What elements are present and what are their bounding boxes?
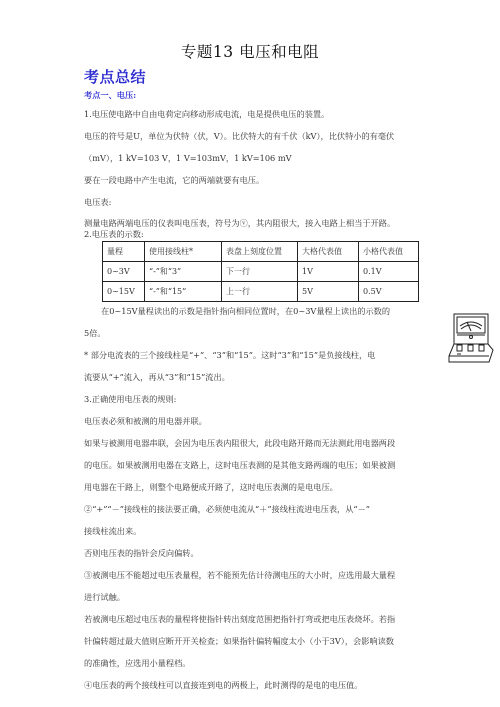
paragraph-line: 针偏转超过最大值则应断开开关检查；如果指针偏转幅度太小（小于3V），会影响读数	[84, 636, 394, 646]
paragraph-line: （mV），1 kV=103 V，1 V=103mV，1 kV=106 mV	[84, 153, 292, 163]
paragraph-line: 测量电路两端电压的仪表叫电压表，符号为ⓥ，其内阻很大，接入电路上相当于开路。	[84, 218, 395, 228]
table-cell: “-”和“15”	[145, 282, 222, 302]
table-cell: 上一行	[222, 282, 298, 302]
paragraph-line: 3.正确使用电压表的规则:	[84, 394, 176, 404]
paragraph-line: 5倍。	[84, 328, 106, 338]
paragraph-line: 用电器在干路上，则整个电路便成开路了，这时电压表测的是电电压。	[84, 482, 338, 492]
table-row: 0~15V “-”和“15” 上一行 5V 0.5V	[103, 282, 419, 302]
table-row: 0~3V “-”和“3” 下一行 1V 0.1V	[103, 262, 419, 282]
paragraph-line: 接线柱流出来。	[84, 526, 141, 536]
paragraph-line: 1.电压使电路中自由电荷定向移动形成电流，电是提供电压的装置。	[84, 109, 329, 119]
paragraph-line: 流要从“+”流入，再从“3”和“15”流出。	[84, 372, 230, 382]
table-cell: 0.5V	[359, 282, 419, 302]
table-cell: 0~3V	[103, 262, 145, 282]
table-cell: 1V	[298, 262, 359, 282]
paragraph-line: ②“+”“－”接线柱的接法要正确，必须使电流从“＋”接线柱流进电压表，从“－”	[84, 504, 370, 514]
sub-heading: 考点一、电压:	[84, 90, 136, 101]
table-header-cell: 量程	[103, 242, 145, 262]
table-header-cell: 表盘上刻度位置	[222, 242, 298, 262]
paragraph-line: * 部分电流表的三个接线柱是“+”、“3”和“15”。这时“3”和“15”是负接…	[84, 350, 375, 360]
table-header-row: 量程 使用接线柱* 表盘上刻度位置 大格代表值 小格代表值	[103, 242, 419, 262]
section-heading: 考点总结	[84, 66, 146, 87]
table-cell: 0.1V	[359, 262, 419, 282]
paragraph-line: 在0~15V量程读出的示数是指针指向相同位置时，在0~3V量程上读出的示数的	[101, 306, 390, 316]
paragraph-line: 进行试触。	[84, 592, 125, 602]
paragraph-line: 的电压。如果被测用电器在支路上，这时电压表测的是其他支路两端的电压；如果被测	[84, 460, 395, 470]
table-header-cell: 小格代表值	[359, 242, 419, 262]
voltmeter-icon	[448, 312, 494, 364]
table-cell: 5V	[298, 282, 359, 302]
table-header-cell: 大格代表值	[298, 242, 359, 262]
page-title: 专题13 电压和电阻	[0, 40, 500, 62]
table-cell: 0~15V	[103, 282, 145, 302]
paragraph-line: ③被测电压不能超过电压表量程，若不能预先估计待测电压的大小时，应选用最大量程	[84, 570, 395, 580]
paragraph-line: 要在一段电路中产生电流，它的两端就要有电压。	[84, 175, 264, 185]
paragraph-line: 否则电压表的指针会反向偏转。	[84, 548, 199, 558]
table-cell: 下一行	[222, 262, 298, 282]
paragraph-line: 电压表:	[84, 197, 111, 207]
paragraph-line: 电压的符号是U，单位为伏特（伏，V）。比伏特大的有千伏（kV），比伏特小的有毫伏	[84, 131, 394, 141]
paragraph-line: 电压表必须和被测的用电器并联。	[84, 416, 207, 426]
table-cell: “-”和“3”	[145, 262, 222, 282]
paragraph-line: 若被测电压超过电压表的量程将使指针转出刻度范围把指针打弯或把电压表烧坏。若指	[84, 614, 395, 624]
paragraph-line: 的准确性，应选用小量程档。	[84, 658, 190, 668]
table-header-cell: 使用接线柱*	[145, 242, 222, 262]
paragraph-line: 2.电压表的示数:	[84, 229, 144, 239]
paragraph-line: 如果与被测用电器串联，会因为电压表内阻很大，此段电路开路而无法测此用电器两段	[84, 438, 395, 448]
paragraph-line: ④电压表的两个接线柱可以直接连到电的两极上，此时测得的是电的电压值。	[84, 680, 362, 690]
voltmeter-reading-table: 量程 使用接线柱* 表盘上刻度位置 大格代表值 小格代表值 0~3V “-”和“…	[102, 241, 419, 302]
